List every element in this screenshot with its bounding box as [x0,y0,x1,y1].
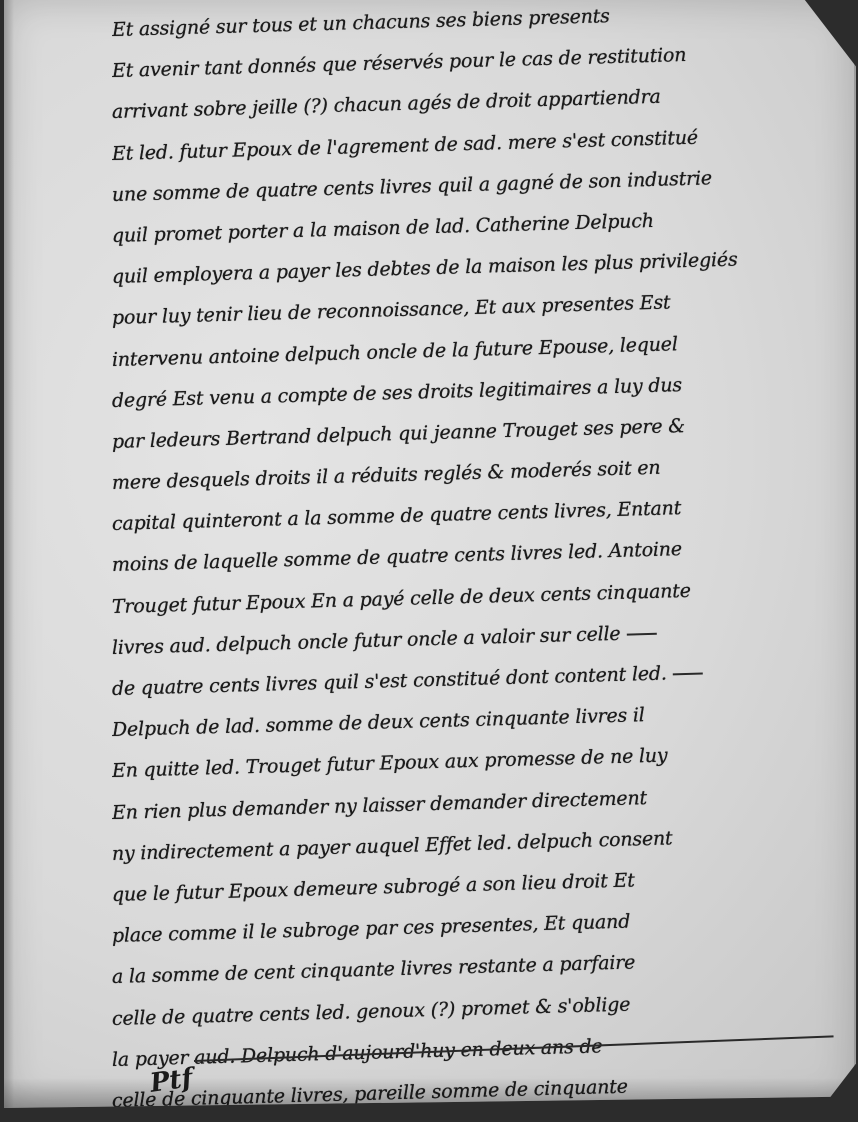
manuscript-text: Et assigné sur tous et un chacuns ses bi… [112,10,834,1122]
scanned-document: Et assigné sur tous et un chacuns ses bi… [0,0,858,1122]
page-margin-fold [4,0,14,1108]
manuscript-page: Et assigné sur tous et un chacuns ses bi… [4,0,856,1108]
paraph-signature-mark: Ptf [148,1063,195,1099]
